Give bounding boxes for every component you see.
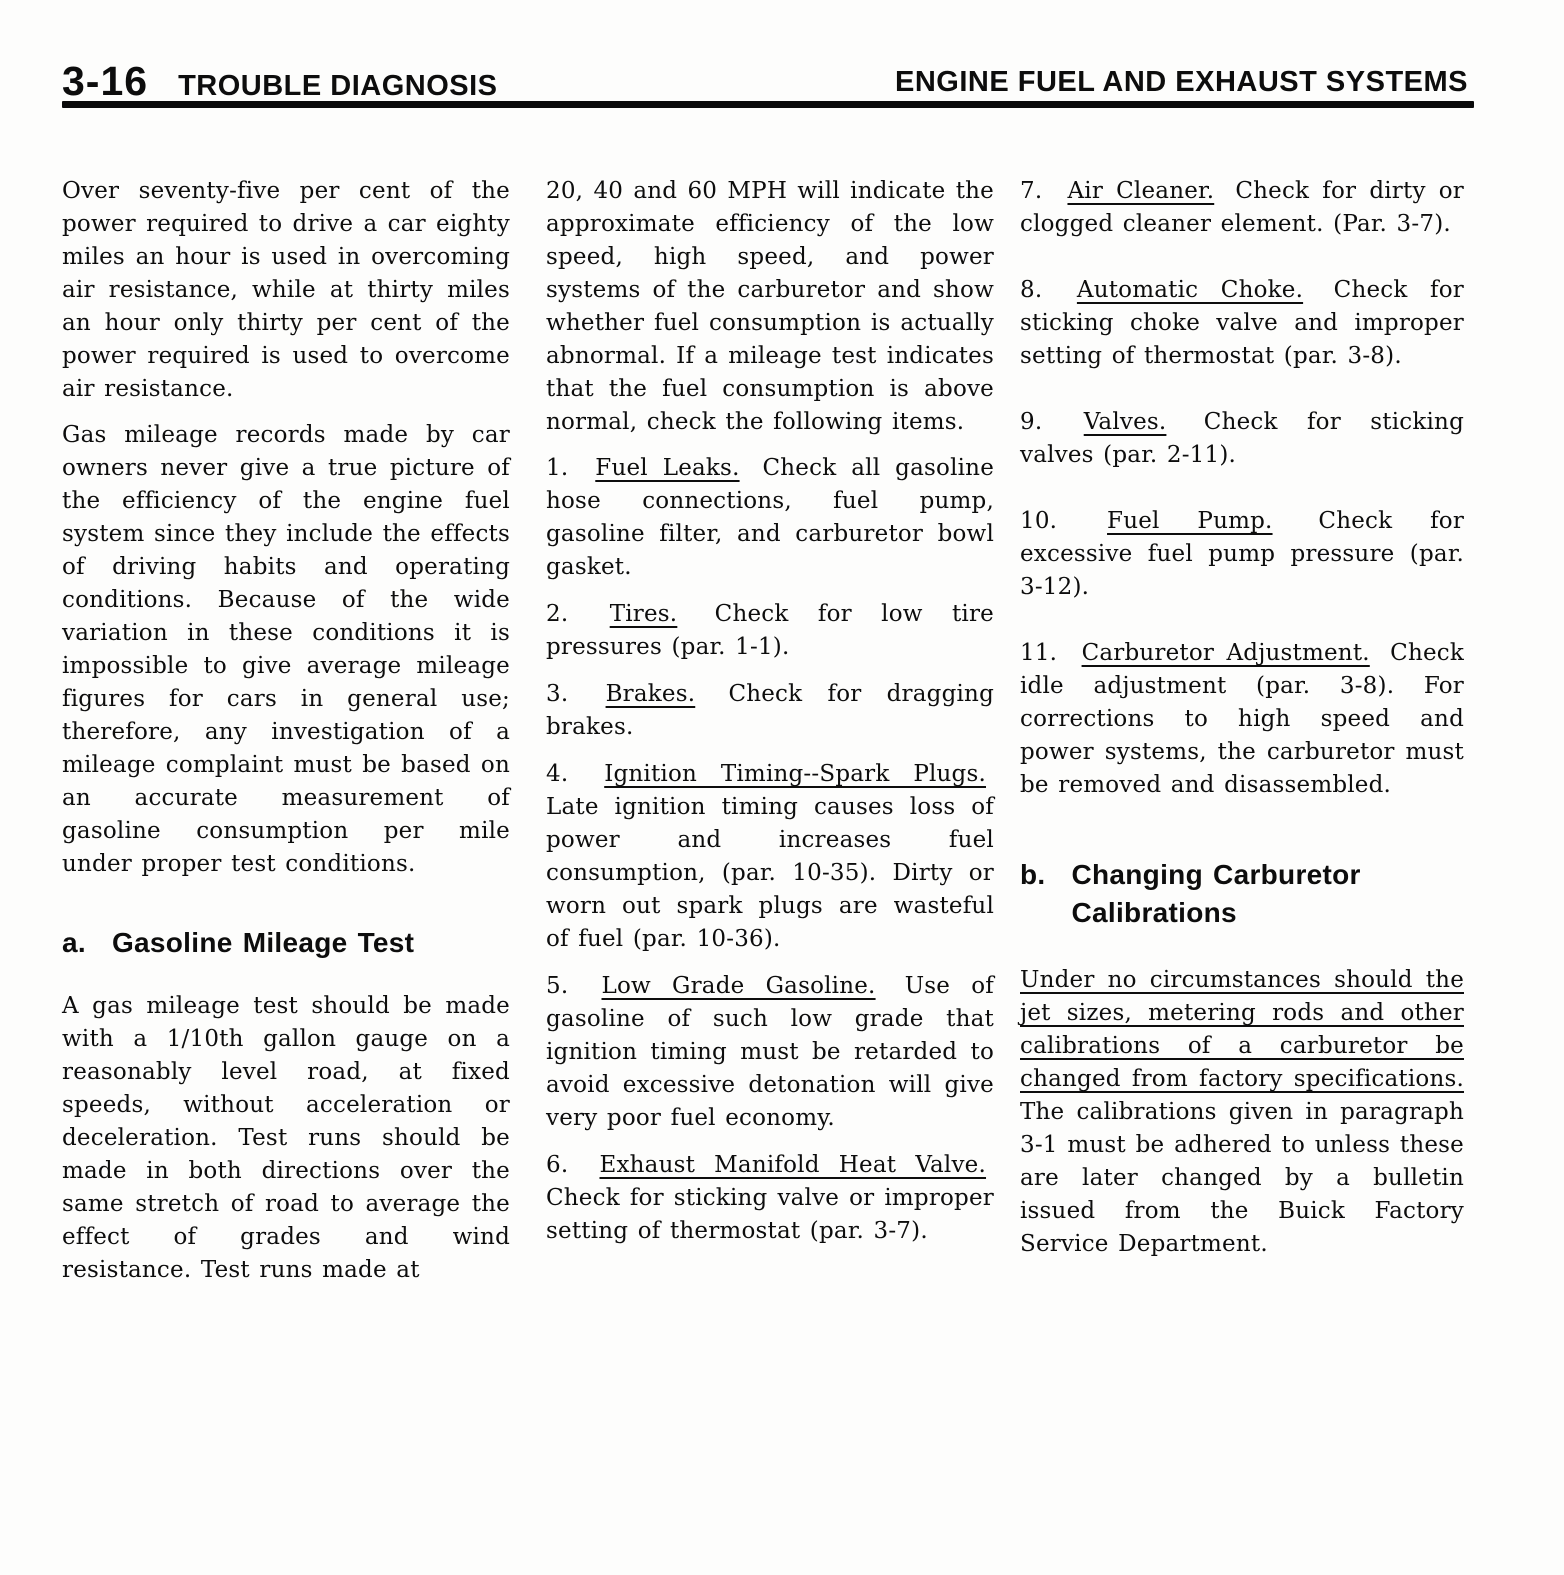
heading-line-2: Calibrations xyxy=(1071,896,1360,930)
heading-line-1: Changing Carburetor xyxy=(1071,858,1360,892)
page-number: 3-16 xyxy=(62,58,148,105)
checklist-item-11: 11. Carburetor Adjustment. Check idle ad… xyxy=(1020,637,1464,802)
checklist-item-5: 5. Low Grade Gasoline. Use of gasoline o… xyxy=(546,970,994,1135)
column-1: Over seventy-five per cent of the power … xyxy=(62,175,510,1300)
item-text: Check for sticking valve or improper set… xyxy=(546,1185,994,1244)
item-title: Automatic Choke. xyxy=(1077,277,1303,303)
checklist-item-4: 4. Ignition Timing--Spark Plugs. Late ig… xyxy=(546,758,994,956)
warning-underlined-text: Under no circumstances should the jet si… xyxy=(1020,967,1464,1092)
header-left: 3-16 TROUBLE DIAGNOSIS xyxy=(62,58,498,105)
item-title: Low Grade Gasoline. xyxy=(602,973,876,999)
checklist-item-9: 9. Valves. Check for sticking valves (pa… xyxy=(1020,406,1464,472)
section-heading-a: a. Gasoline Mileage Test xyxy=(62,926,510,960)
item-title: Valves. xyxy=(1084,409,1167,435)
item-title: Carburetor Adjustment. xyxy=(1082,640,1370,666)
item-number: 11. xyxy=(1020,640,1057,666)
item-number: 6. xyxy=(546,1152,568,1178)
item-title: Fuel Pump. xyxy=(1107,508,1273,534)
section-title: TROUBLE DIAGNOSIS xyxy=(178,70,497,103)
checklist-item-10: 10. Fuel Pump. Check for excessive fuel … xyxy=(1020,505,1464,604)
paragraph: Over seventy-five per cent of the power … xyxy=(62,175,510,406)
item-title: Fuel Leaks. xyxy=(595,455,739,481)
item-title: Air Cleaner. xyxy=(1067,178,1214,204)
item-number: 2. xyxy=(546,601,568,627)
checklist-item-7: 7. Air Cleaner. Check for dirty or clogg… xyxy=(1020,175,1464,241)
item-number: 4. xyxy=(546,761,568,787)
checklist-item-3: 3. Brakes. Check for dragging brakes. xyxy=(546,678,994,744)
item-text: Late ignition timing causes loss of powe… xyxy=(546,794,994,952)
warning-rest-text: The calibrations given in paragraph 3-1 … xyxy=(1020,1099,1464,1257)
item-title: Tires. xyxy=(610,601,678,627)
checklist-item-6: 6. Exhaust Manifold Heat Valve. Check fo… xyxy=(546,1149,994,1248)
checklist-item-1: 1. Fuel Leaks. Check all gasoline hose c… xyxy=(546,452,994,584)
item-title: Brakes. xyxy=(606,681,696,707)
paragraph: A gas mileage test should be made with a… xyxy=(62,990,510,1287)
chapter-title: ENGINE FUEL AND EXHAUST SYSTEMS xyxy=(895,66,1468,99)
text-columns: Over seventy-five per cent of the power … xyxy=(0,175,1564,1575)
item-title: Ignition Timing--Spark Plugs. xyxy=(604,761,986,787)
item-number: 8. xyxy=(1020,277,1042,303)
heading-text: Gasoline Mileage Test xyxy=(112,926,414,960)
manual-page: 3-16 TROUBLE DIAGNOSIS ENGINE FUEL AND E… xyxy=(0,0,1564,1575)
column-3: 7. Air Cleaner. Check for dirty or clogg… xyxy=(1020,175,1464,1274)
checklist-item-2: 2. Tires. Check for low tire pressures (… xyxy=(546,598,994,664)
item-number: 9. xyxy=(1020,409,1042,435)
item-number: 7. xyxy=(1020,178,1042,204)
paragraph: Gas mileage records made by car owners n… xyxy=(62,419,510,881)
paragraph: 20, 40 and 60 MPH will indicate the appr… xyxy=(546,175,994,439)
column-2: 20, 40 and 60 MPH will indicate the appr… xyxy=(546,175,994,1262)
header-rule xyxy=(62,101,1474,108)
item-number: 10. xyxy=(1020,508,1057,534)
checklist-item-8: 8. Automatic Choke. Check for sticking c… xyxy=(1020,274,1464,373)
section-heading-b: b. Changing Carburetor Calibrations xyxy=(1020,858,1464,930)
item-number: 5. xyxy=(546,973,568,999)
heading-marker: b. xyxy=(1020,858,1045,930)
item-title: Exhaust Manifold Heat Valve. xyxy=(600,1152,987,1178)
calibration-warning: Under no circumstances should the jet si… xyxy=(1020,964,1464,1261)
heading-marker: a. xyxy=(62,926,86,960)
item-number: 3. xyxy=(546,681,568,707)
item-number: 1. xyxy=(546,455,568,481)
heading-lines: Changing Carburetor Calibrations xyxy=(1071,858,1360,930)
